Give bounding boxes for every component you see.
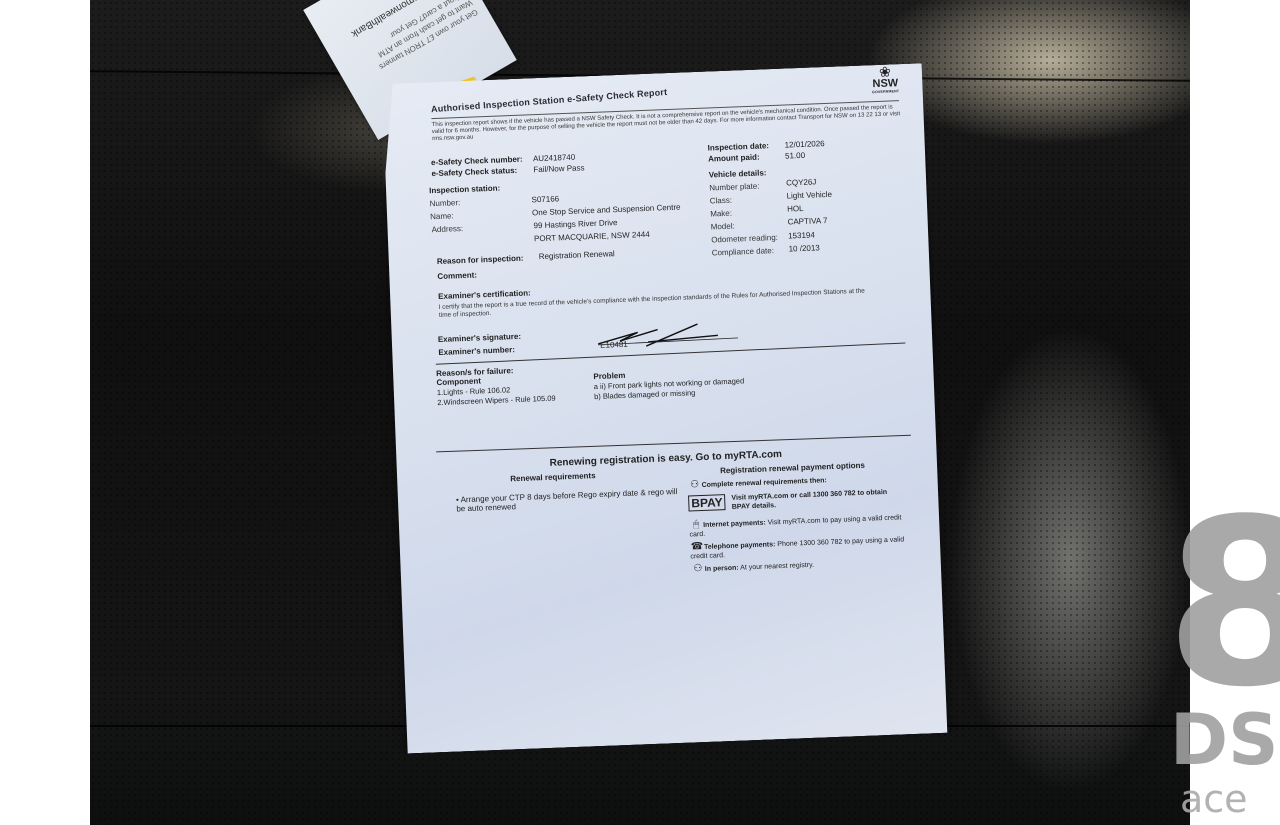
amount-paid-value: 51.00: [785, 151, 805, 161]
certification-heading: Examiner's certification:: [438, 288, 531, 301]
bpay-logo: BPAY: [688, 494, 726, 511]
person-icon: ⚇: [687, 480, 701, 490]
receipt-text: Get your own £7 TRON tanners Want to get…: [351, 0, 480, 81]
requirement-item: • Arrange your CTP 8 days before Rego ex…: [456, 487, 682, 514]
renewal-divider: [436, 435, 911, 453]
amount-paid-label: Amount paid:: [708, 153, 760, 164]
compliance-value: 10 /2013: [788, 243, 819, 253]
make-value: HOL: [787, 204, 804, 214]
problem-header: Problem: [593, 371, 625, 381]
watermark-sub: ace: [1180, 780, 1248, 818]
station-name-label: Name:: [430, 211, 454, 221]
inspection-date-value: 12/01/2026: [784, 139, 824, 150]
station-address-line2: PORT MACQUARIE, NSW 2444: [534, 230, 650, 243]
examiner-number-label: Examiner's number:: [438, 345, 515, 357]
reason-label: Reason for inspection:: [437, 254, 524, 266]
payment-option-bpay: BPAY Visit myRTA.com or call 1300 360 78…: [688, 487, 909, 513]
check-status-label: e-Safety Check status:: [431, 166, 517, 178]
inspection-date-label: Inspection date:: [708, 141, 770, 152]
person-icon: ⚇: [691, 564, 705, 574]
payment-options-heading: Registration renewal payment options: [720, 461, 865, 476]
mouse-icon: 🖱: [689, 520, 703, 530]
station-number-label: Number:: [429, 198, 460, 208]
vehicle-heading: Vehicle details:: [709, 168, 767, 179]
compliance-label: Compliance date:: [712, 246, 775, 257]
make-label: Make:: [710, 209, 732, 219]
class-value: Light Vehicle: [786, 190, 832, 201]
station-number-value: S07166: [531, 194, 559, 204]
station-name-value: One Stop Service and Suspension Centre: [532, 203, 681, 218]
watermark-word: DS: [1170, 705, 1279, 775]
component-header: Component: [436, 376, 481, 387]
inspection-report: Authorised Inspection Station e-Safety C…: [382, 63, 947, 753]
plate-value: CQY26J: [786, 177, 817, 187]
odometer-value: 153194: [788, 230, 815, 240]
model-value: CAPTIVA 7: [787, 216, 827, 227]
model-label: Model:: [711, 222, 735, 232]
reason-value: Registration Renewal: [539, 249, 615, 261]
watermark-glyph: 8: [1165, 490, 1280, 720]
telephone-icon: ☎: [690, 542, 704, 552]
station-address-label: Address:: [431, 224, 463, 234]
station-address-line1: 99 Hastings River Drive: [533, 218, 617, 230]
nsw-logo: ❀ NSW GOVERNMENT: [865, 64, 906, 95]
plate-label: Number plate:: [709, 182, 760, 193]
check-status-value: Fail/Now Pass: [533, 163, 584, 174]
signature-label: Examiner's signature:: [438, 332, 522, 344]
odometer-label: Odometer reading:: [711, 233, 778, 245]
class-label: Class:: [710, 196, 733, 206]
renewal-requirements-heading: Renewal requirements: [510, 471, 596, 483]
station-heading: Inspection station:: [429, 184, 500, 196]
examiner-number-value: E10481: [600, 340, 628, 350]
check-number-value: AU2418740: [533, 153, 576, 164]
comment-label: Comment:: [437, 270, 477, 281]
